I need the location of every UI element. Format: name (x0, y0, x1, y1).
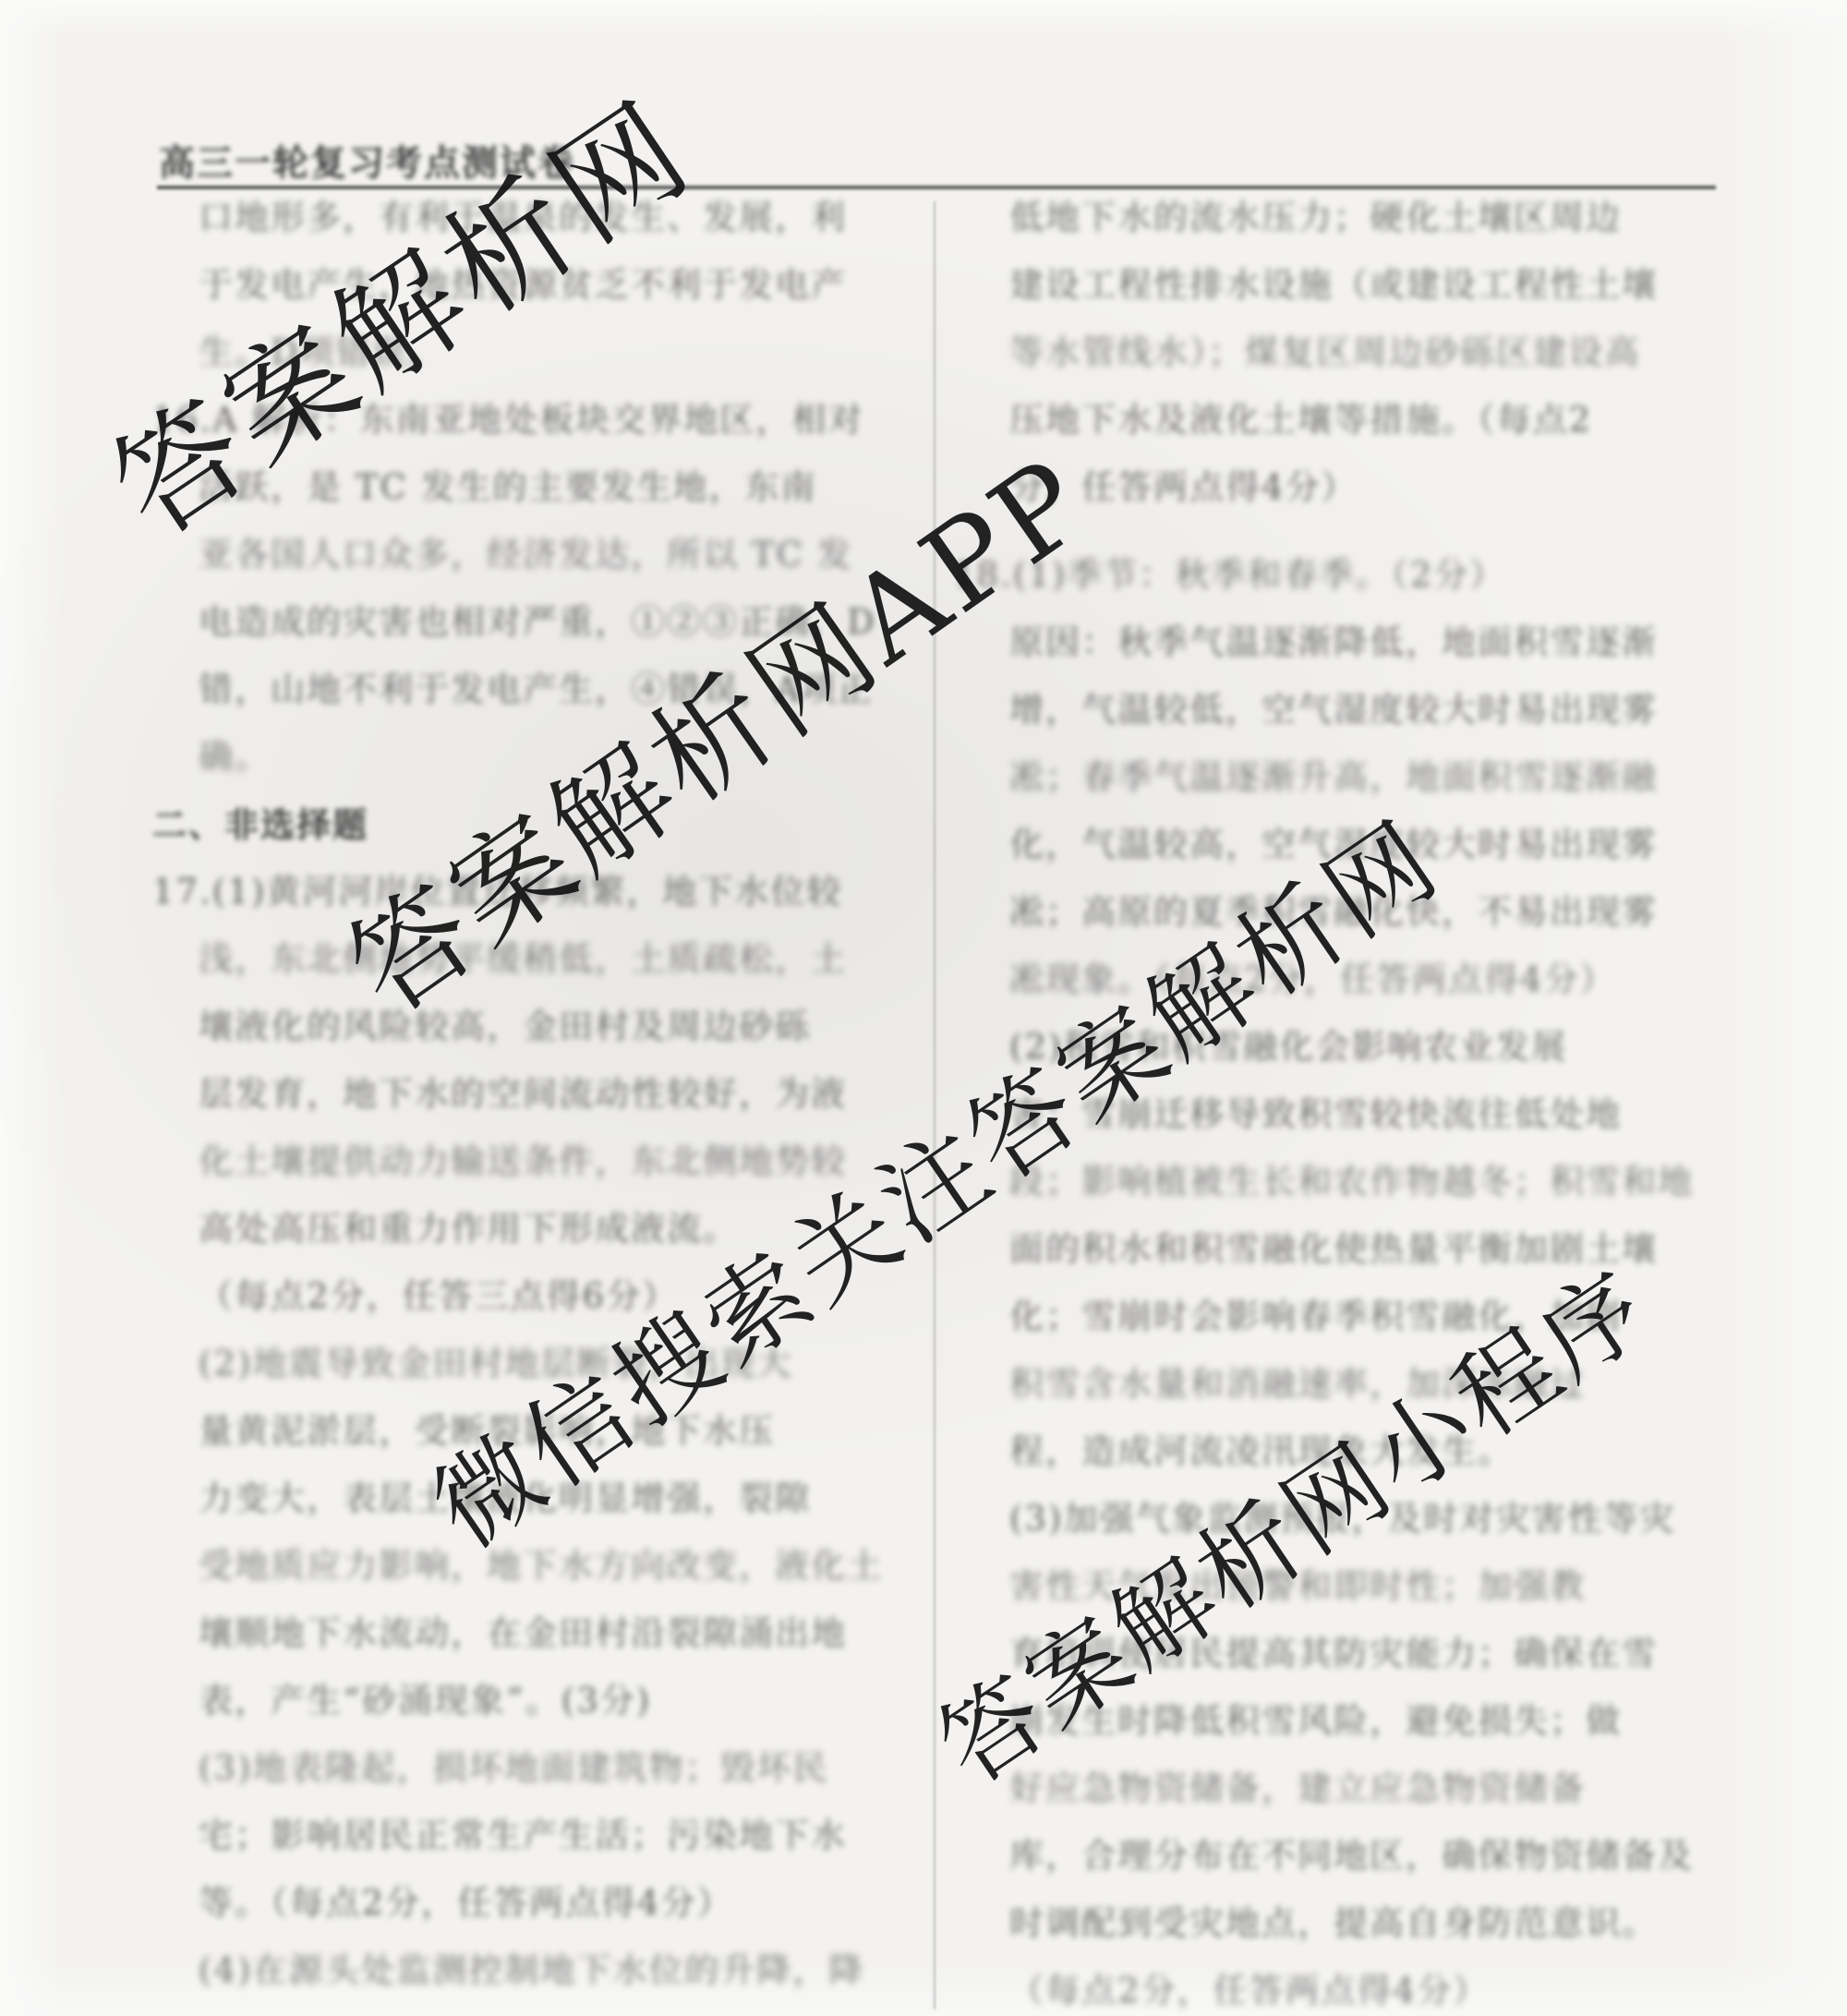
scanned-page: 高三一轮复习考点测试卷 口地形多，有利于温泉的发生、发展，利于发电产生，地热资源… (0, 0, 1847, 2016)
text-line: 时调配到受灾地点，提高自身防范意识。 (1009, 1903, 1658, 1944)
text-line: 好应急物资储备，建立应急物资储备 (1009, 1769, 1586, 1809)
text-line: 等水管线水）；煤复区周边砂砾区建设高 (1009, 332, 1641, 373)
text-line: 压地下水及液化土壤等措施。（每点2 (1009, 400, 1592, 441)
text-line: 建设工程性排水设施（或建设工程性土壤 (1009, 265, 1658, 306)
text-line: 低地下水的流水压力；硬化土壤区周边 (1009, 198, 1622, 238)
text-line: 段；影响植被生长和农作物越冬；积雪和地 (1009, 1162, 1694, 1202)
text-line: 原因：秋季气温逐渐降低，地面积雪逐渐 (1009, 622, 1658, 663)
text-line: 面的积水和积雪融化使热量平衡加剧土壤 (1009, 1229, 1658, 1270)
text-line: 增，气温较低，空气湿度较大时易出现雾 (1009, 690, 1658, 730)
text-line: （每点2分，任答两点得4分） (1009, 1971, 1489, 2011)
text-line: 凇；春季气温逐渐升高，地面积雪逐渐融 (1009, 757, 1658, 798)
text-line: 库，合理分布在不同地区，确保物资储备及 (1009, 1836, 1694, 1877)
